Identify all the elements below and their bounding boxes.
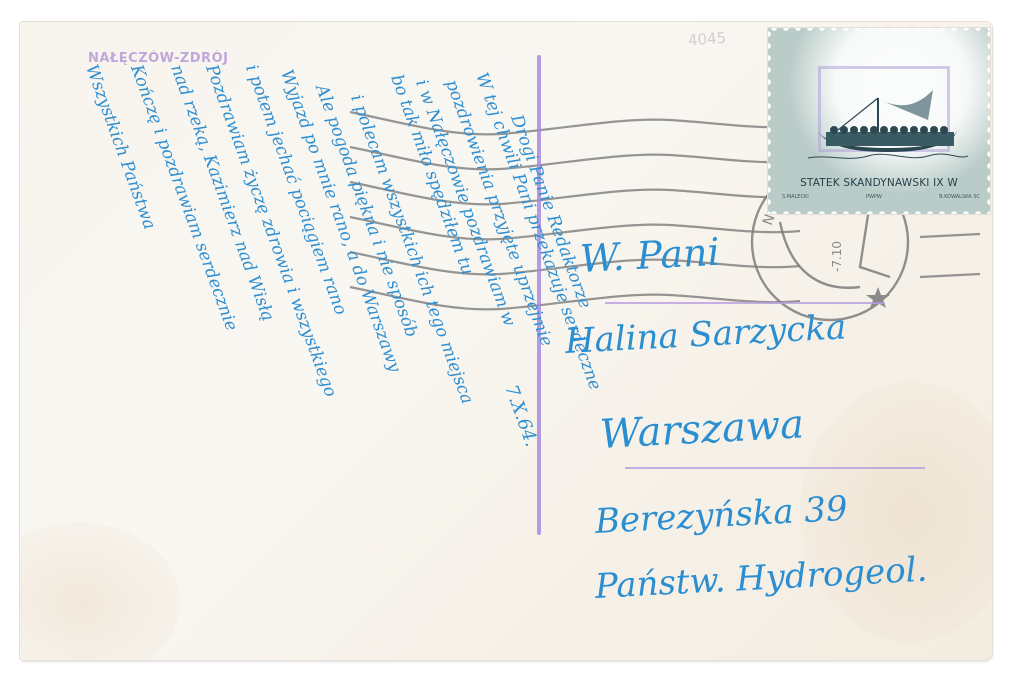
address-salutation: W. Pani <box>579 230 721 281</box>
viking-ship-icon <box>808 90 968 170</box>
postmark-date: -7.10 <box>830 241 844 272</box>
stamp-title: STATEK SKANDYNAWSKI IX W <box>768 177 990 189</box>
postage-stamp: STATEK SKANDYNAWSKI IX W S.MALECKI PWPW … <box>768 28 990 214</box>
address-underline <box>605 302 885 304</box>
stamp-credits: S.MALECKI PWPW B.KOWALSKA SC <box>782 194 980 200</box>
address-underline <box>625 467 925 469</box>
postcard: NAŁĘCZÓW-ZDRÓJ 4045 NAŁĘCZÓW -7.10 <box>20 22 992 660</box>
